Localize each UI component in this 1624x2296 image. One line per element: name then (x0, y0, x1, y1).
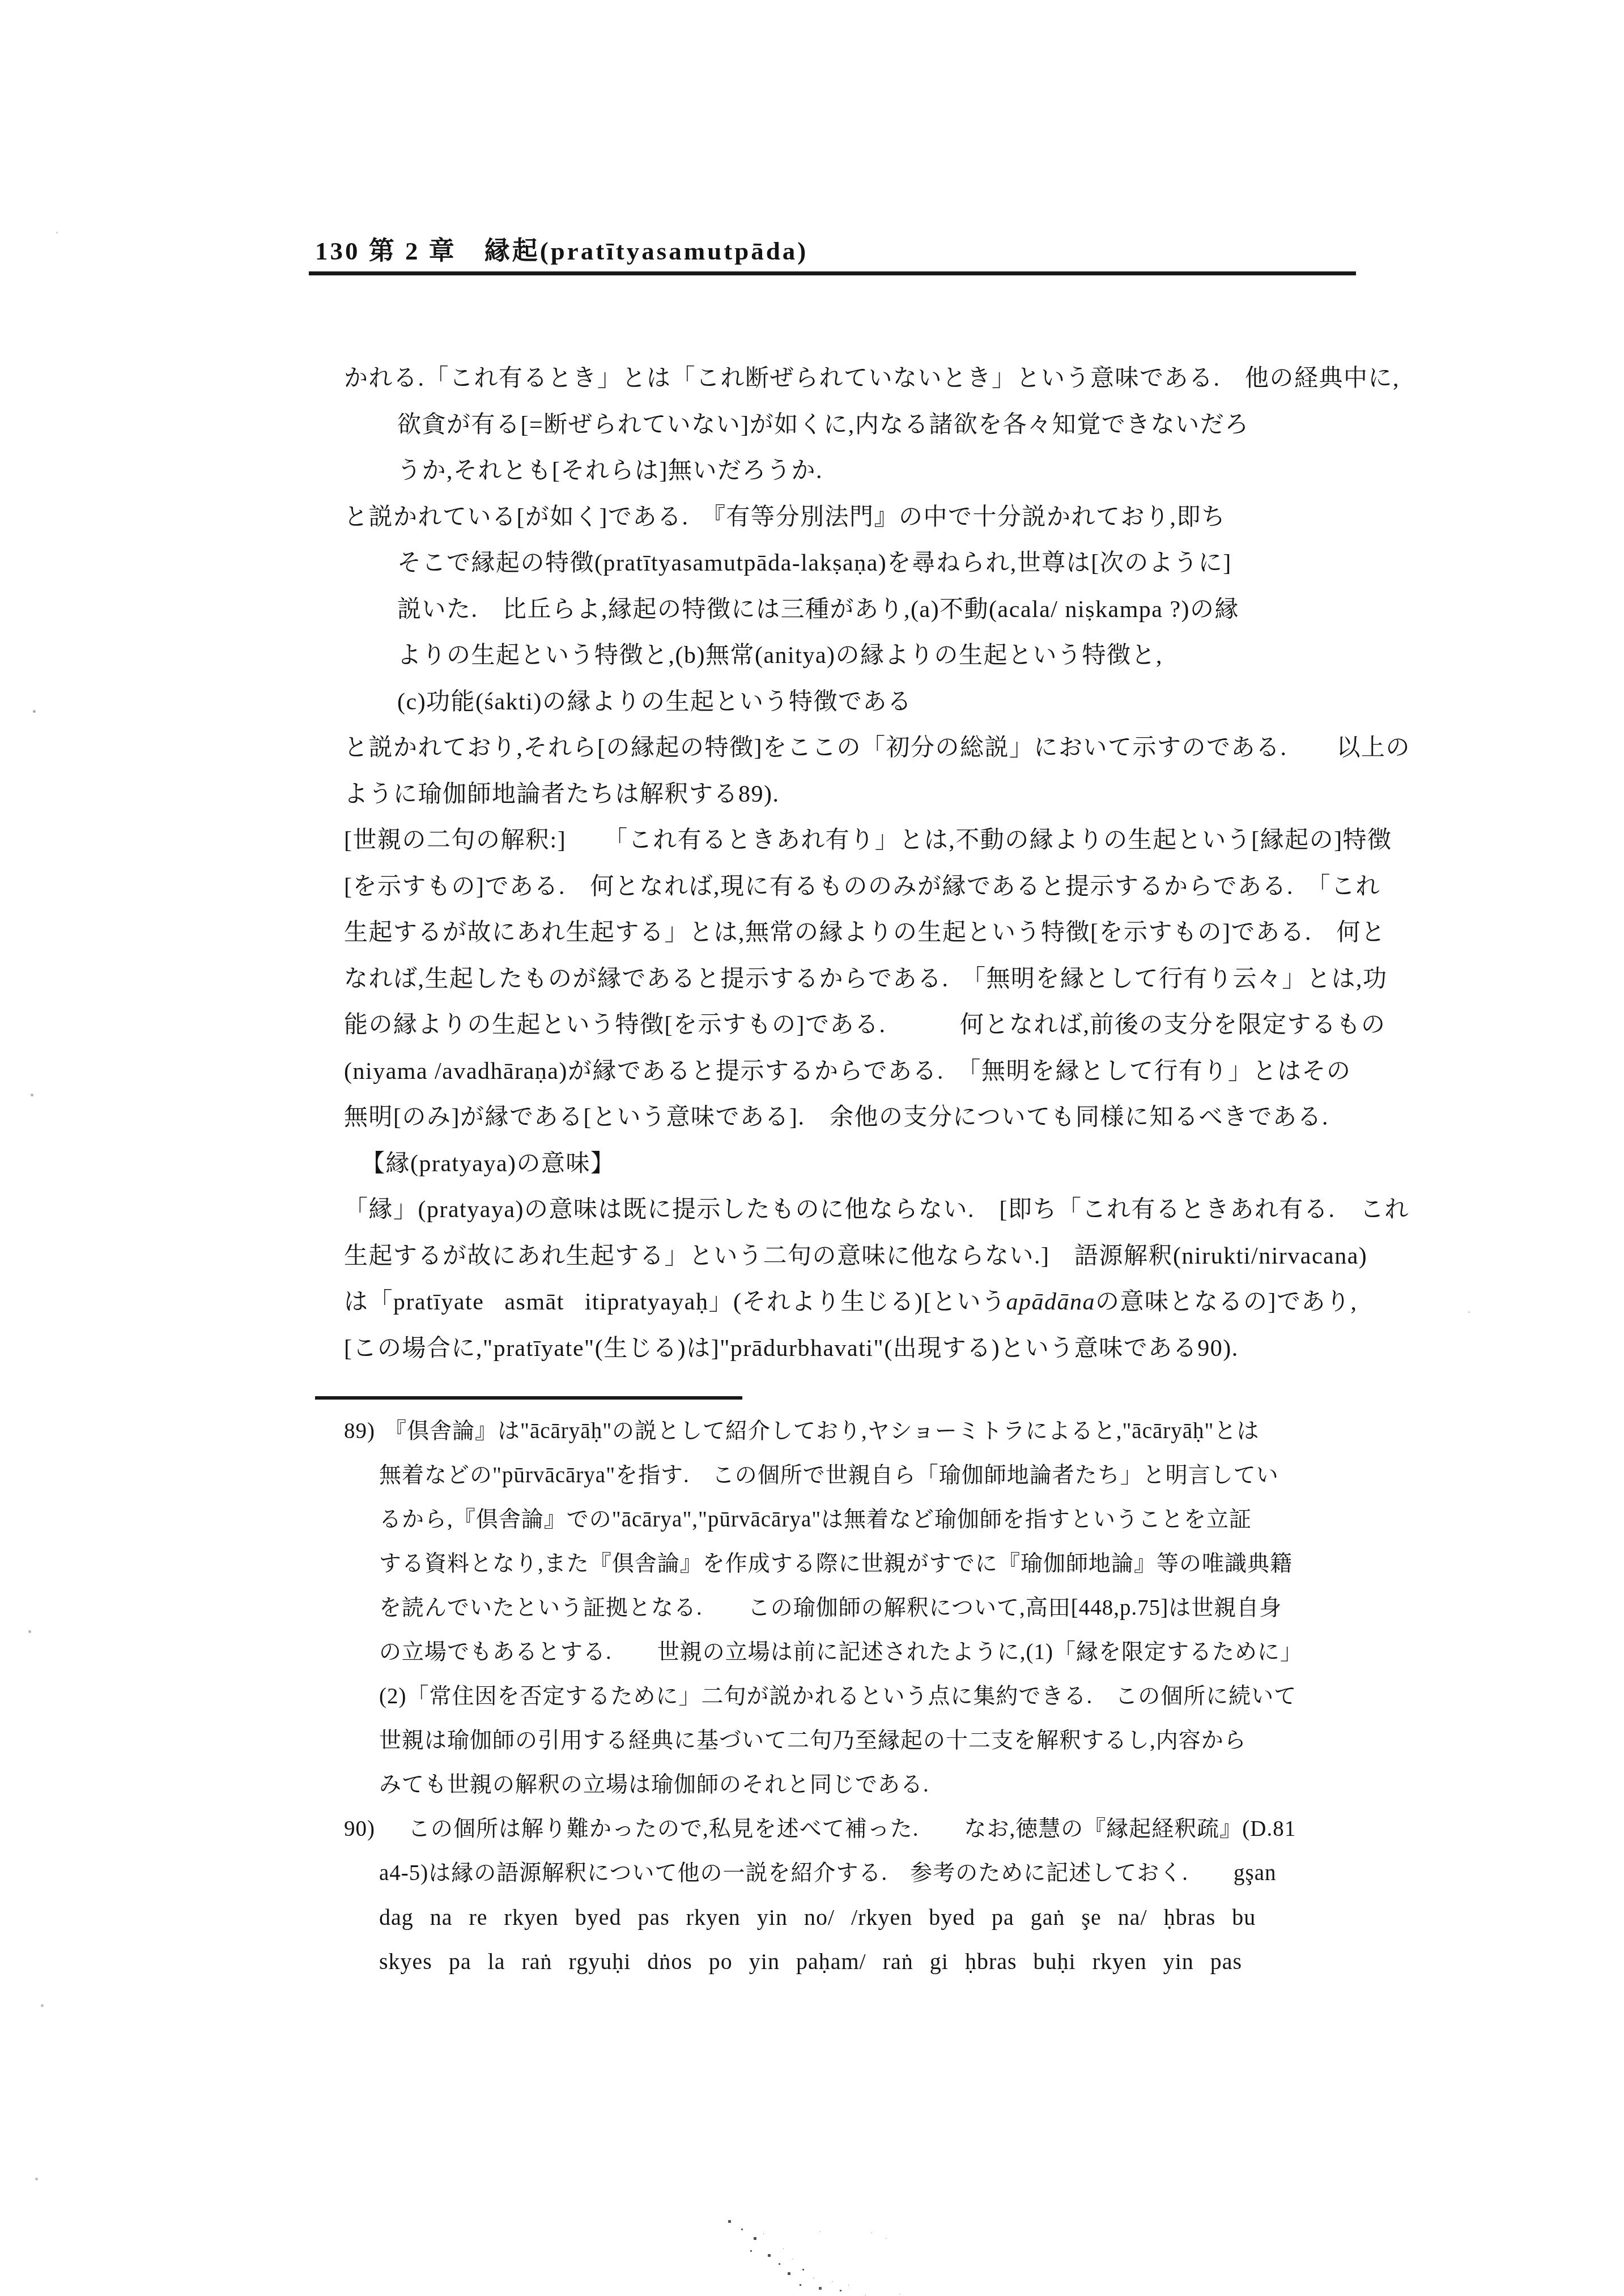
body-line: [を示すもの]である. 何となれば,現に有るもののみが縁であると提示するからであ… (344, 864, 1350, 911)
scanned-page: 130 第 2 章 縁起(pratītyasamutpāda) かれる.「これ有… (0, 0, 1624, 2296)
footnote-90-tibetan-line: skyes pa la raṅ rgyuḥi dṅos po yin paḥam… (344, 1940, 1358, 1984)
body-line: よりの生起という特徴と,(b)無常(anitya)の縁よりの生起という特徴と, (344, 633, 1350, 679)
scan-margin-specks (33, 710, 36, 713)
footnote-89-line: るから,『倶舎論』での"ācārya","pūrvācārya"は無着など瑜伽師… (344, 1498, 1358, 1542)
footnote-89-line: みても世親の解釈の立場は瑜伽師のそれと同じである. (344, 1763, 1358, 1807)
body-line: (niyama /avadhāraṇa)が縁であると提示するからである. 「無明… (344, 1049, 1350, 1095)
scan-noise (728, 2220, 731, 2223)
footnote-89-line: 89)『倶舎論』は"ācāryāḥ"の説として紹介しており,ヤショーミトラによる… (344, 1409, 1358, 1453)
body-line-part: は「pratīyate asmāt itipratyayaḥ」(それより生じる)… (344, 1289, 1006, 1315)
page-header: 130 第 2 章 縁起(pratītyasamutpāda) (315, 230, 808, 267)
body-line: 無明[のみ]が縁である[という意味である]. 余他の支分についても同様に知るべき… (344, 1095, 1350, 1141)
body-line: なれば,生起したものが縁であると提示するからである. 「無明を縁として行有り云々… (344, 956, 1350, 1003)
body-line: 「縁」(pratyaya)の意味は既に提示したものに他ならない. [即ち「これ有… (344, 1187, 1350, 1234)
footnote-90-tibetan-line: dag na re rkyen byed pas rkyen yin no/ /… (344, 1895, 1358, 1940)
footnote-89-line: (2)「常住因を否定するために」二句が説かれるという点に集約できる. この個所に… (344, 1674, 1358, 1719)
footnote-89-line: する資料となり,また『倶舎論』を作成する際に世親がすでに『瑜伽師地論』等の唯識典… (344, 1542, 1358, 1586)
footnote-89-text: 『倶舎論』は"ācāryāḥ"の説として紹介しており,ヤショーミトラによると,"… (384, 1419, 1259, 1443)
body-line: 説いた. 比丘らよ,縁起の特徴には三種があり,(a)不動(acala/ niṣk… (344, 587, 1350, 633)
body-line: 生起するが故にあれ生起する」とは,無常の縁よりの生起という特徴[を示すもの]であ… (344, 910, 1350, 956)
body-line-part: の意味となるの]であり, (1095, 1289, 1358, 1315)
footnote-89-line: 無着などの"pūrvācārya"を指す. この個所で世親自ら「瑜伽師地論者たち… (344, 1453, 1358, 1498)
footnotes: 89)『倶舎論』は"ācāryāḥ"の説として紹介しており,ヤショーミトラによる… (344, 1409, 1358, 1984)
body-line: (c)功能(śakti)の縁よりの生起という特徴である (344, 679, 1350, 726)
header-underline (309, 271, 1356, 275)
footnote-90-line: a4-5)は縁の語源解釈について他の一説を紹介する. 参考のために記述しておく.… (344, 1851, 1358, 1895)
footnote-89-number: 89) (344, 1419, 375, 1443)
body-line: 生起するが故にあれ生起する」という二句の意味に他ならない.] 語源解釈(niru… (344, 1234, 1350, 1280)
body-line: [世親の二句の解釈:] 「これ有るときあれ有り」とは,不動の縁よりの生起という[… (344, 818, 1350, 864)
body-line-section-heading: 【縁(pratyaya)の意味】 (344, 1141, 1350, 1188)
footnote-89-line: 世親は瑜伽師の引用する経典に基づいて二句乃至縁起の十二支を解釈するし,内容から (344, 1719, 1358, 1763)
footnote-90-text: この個所は解り難かったので,私見を述べて補った. なお,徳慧の『縁起経釈疏』(D… (408, 1817, 1296, 1841)
body-line: 能の縁よりの生起という特徴[を示すもの]である. 何となれば,前後の支分を限定す… (344, 1002, 1350, 1049)
body-line: そこで縁起の特徴(pratītyasamutpāda-lakṣaṇa)を尋ねられ… (344, 541, 1350, 587)
body-line: かれる.「これ有るとき」とは「これ断ぜられていないとき」という意味である. 他の… (344, 356, 1350, 402)
footnote-89-line: を読んでいたという証拠となる. この瑜伽師の解釈について,高田[448,p.75… (344, 1586, 1358, 1630)
body-line: と説かれており,それら[の縁起の特徴]をここの「初分の総説」において示すのである… (344, 725, 1350, 772)
footnote-separator-rule (315, 1396, 742, 1400)
body-line: ように瑜伽師地論者たちは解釈する89). (344, 772, 1350, 818)
footnote-90-number: 90) (344, 1817, 375, 1841)
footnote-90-line: 90)この個所は解り難かったので,私見を述べて補った. なお,徳慧の『縁起経釈疏… (344, 1807, 1358, 1851)
body-text: かれる.「これ有るとき」とは「これ断ぜられていないとき」という意味である. 他の… (344, 356, 1350, 1372)
body-line: と説かれている[が如く]である. 『有等分別法門』の中で十分説かれており,即ち (344, 495, 1350, 541)
body-line: [この場合に,"pratīyate"(生じる)は]"prādurbhavati"… (344, 1326, 1350, 1372)
body-line-italic-term: apādāna (1006, 1289, 1095, 1315)
body-line: うか,それとも[それらは]無いだろうか. (344, 448, 1350, 495)
body-line: 欲貪が有る[=断ぜられていない]が如くに,内なる諸欲を各々知覚できないだろ (344, 402, 1350, 449)
footnote-89-line: の立場でもあるとする. 世親の立場は前に記述されたように,(1)「縁を限定するた… (344, 1630, 1358, 1674)
body-line: は「pratīyate asmāt itipratyayaḥ」(それより生じる)… (344, 1279, 1350, 1326)
